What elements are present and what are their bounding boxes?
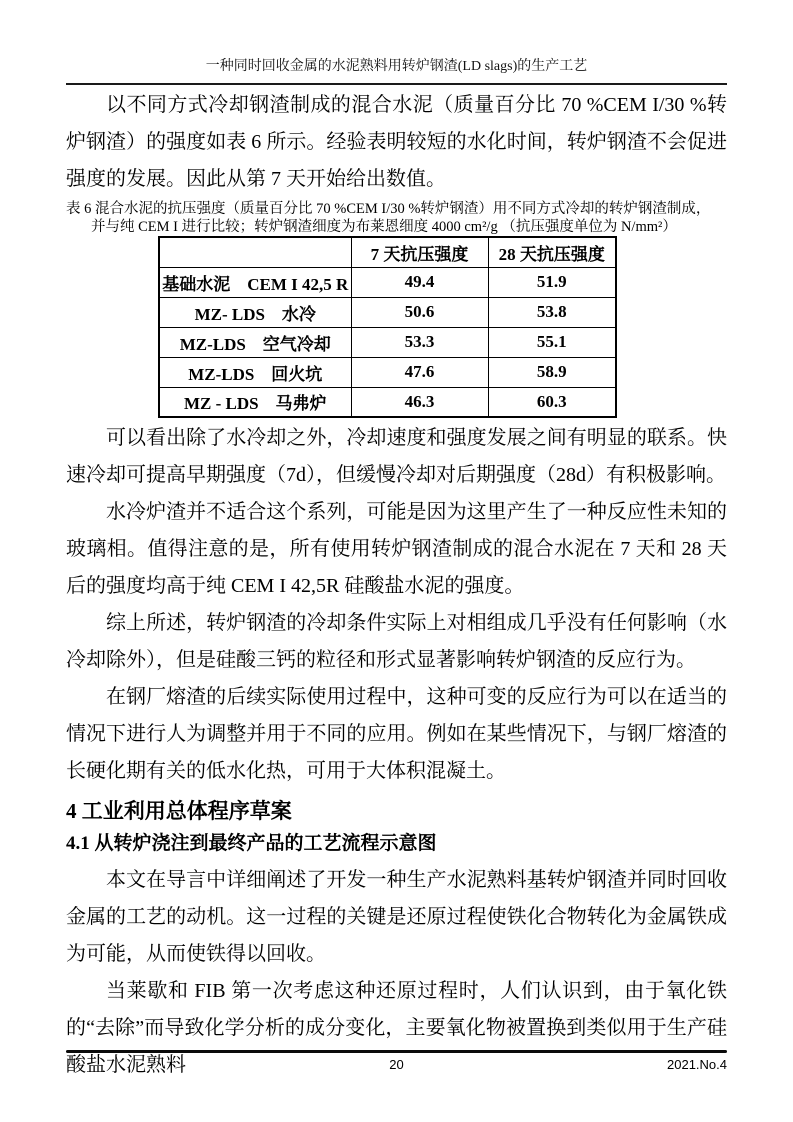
table-header-7d: 7 天抗压强度 bbox=[351, 237, 488, 267]
row-28d-value: 53.8 bbox=[488, 297, 616, 327]
table-row: MZ-LDS 空气冷却 53.3 55.1 bbox=[159, 327, 616, 357]
paragraph-6: 本文在导言中详细阐述了开发一种生产水泥熟料基转炉钢渣并同时回收金属的工艺的动机。… bbox=[66, 862, 727, 973]
page-number: 20 bbox=[66, 1055, 727, 1075]
paragraph-5: 在钢厂熔渣的后续实际使用过程中，这种可变的反应行为可以在适当的情况下进行人为调整… bbox=[66, 679, 727, 790]
row-7d-value: 47.6 bbox=[351, 357, 488, 387]
row-28d-value: 60.3 bbox=[488, 387, 616, 417]
row-label: MZ- LDS 水冷 bbox=[159, 297, 351, 327]
footer-rule bbox=[66, 1050, 727, 1053]
issue-label: 2021.No.4 bbox=[667, 1055, 727, 1075]
footer-row: 20 2021.No.4 bbox=[66, 1055, 727, 1075]
row-label: MZ-LDS 空气冷却 bbox=[159, 327, 351, 357]
table-row: MZ- LDS 水冷 50.6 53.8 bbox=[159, 297, 616, 327]
paragraph-1: 以不同方式冷却钢渣制成的混合水泥（质量百分比 70 %CEM I/30 %转炉钢… bbox=[66, 87, 727, 198]
table-header-row: 7 天抗压强度 28 天抗压强度 bbox=[159, 237, 616, 267]
paragraph-2: 可以看出除了水冷却之外，冷却速度和强度发展之间有明显的联系。快速冷却可提高早期强… bbox=[66, 420, 727, 494]
table-header-28d: 28 天抗压强度 bbox=[488, 237, 616, 267]
row-label: MZ - LDS 马弗炉 bbox=[159, 387, 351, 417]
row-label: 基础水泥 CEM I 42,5 R bbox=[159, 267, 351, 297]
table-header-empty bbox=[159, 237, 351, 267]
table-caption-line-1: 表 6 混合水泥的抗压强度（质量百分比 70 %CEM I/30 %转炉钢渣）用… bbox=[66, 200, 727, 218]
row-label: MZ-LDS 回火坑 bbox=[159, 357, 351, 387]
table-caption-line-2: 并与纯 CEM I 进行比较；转炉钢渣细度为布莱恩细度 4000 cm²/g （… bbox=[66, 218, 727, 236]
row-28d-value: 58.9 bbox=[488, 357, 616, 387]
table-row: MZ-LDS 回火坑 47.6 58.9 bbox=[159, 357, 616, 387]
section-heading-4: 4 工业利用总体程序草案 bbox=[66, 796, 727, 826]
document-page: 一种同时回收金属的水泥熟料用转炉钢渣(LD slags)的生产工艺 以不同方式冷… bbox=[0, 0, 793, 1122]
section-heading-4-1: 4.1 从转炉浇注到最终产品的工艺流程示意图 bbox=[66, 830, 727, 858]
row-7d-value: 46.3 bbox=[351, 387, 488, 417]
strength-table: 7 天抗压强度 28 天抗压强度 基础水泥 CEM I 42,5 R 49.4 … bbox=[158, 236, 617, 418]
row-7d-value: 49.4 bbox=[351, 267, 488, 297]
table-row: 基础水泥 CEM I 42,5 R 49.4 51.9 bbox=[159, 267, 616, 297]
row-28d-value: 51.9 bbox=[488, 267, 616, 297]
page-footer: 20 2021.No.4 bbox=[66, 1050, 727, 1075]
running-header-title: 一种同时回收金属的水泥熟料用转炉钢渣(LD slags)的生产工艺 bbox=[66, 56, 727, 85]
row-7d-value: 50.6 bbox=[351, 297, 488, 327]
row-7d-value: 53.3 bbox=[351, 327, 488, 357]
row-28d-value: 55.1 bbox=[488, 327, 616, 357]
paragraph-4: 综上所述，转炉钢渣的冷却条件实际上对相组成几乎没有任何影响（水冷却除外），但是硅… bbox=[66, 605, 727, 679]
table-row: MZ - LDS 马弗炉 46.3 60.3 bbox=[159, 387, 616, 417]
paragraph-3: 水冷炉渣并不适合这个系列，可能是因为这里产生了一种反应性未知的玻璃相。值得注意的… bbox=[66, 494, 727, 605]
